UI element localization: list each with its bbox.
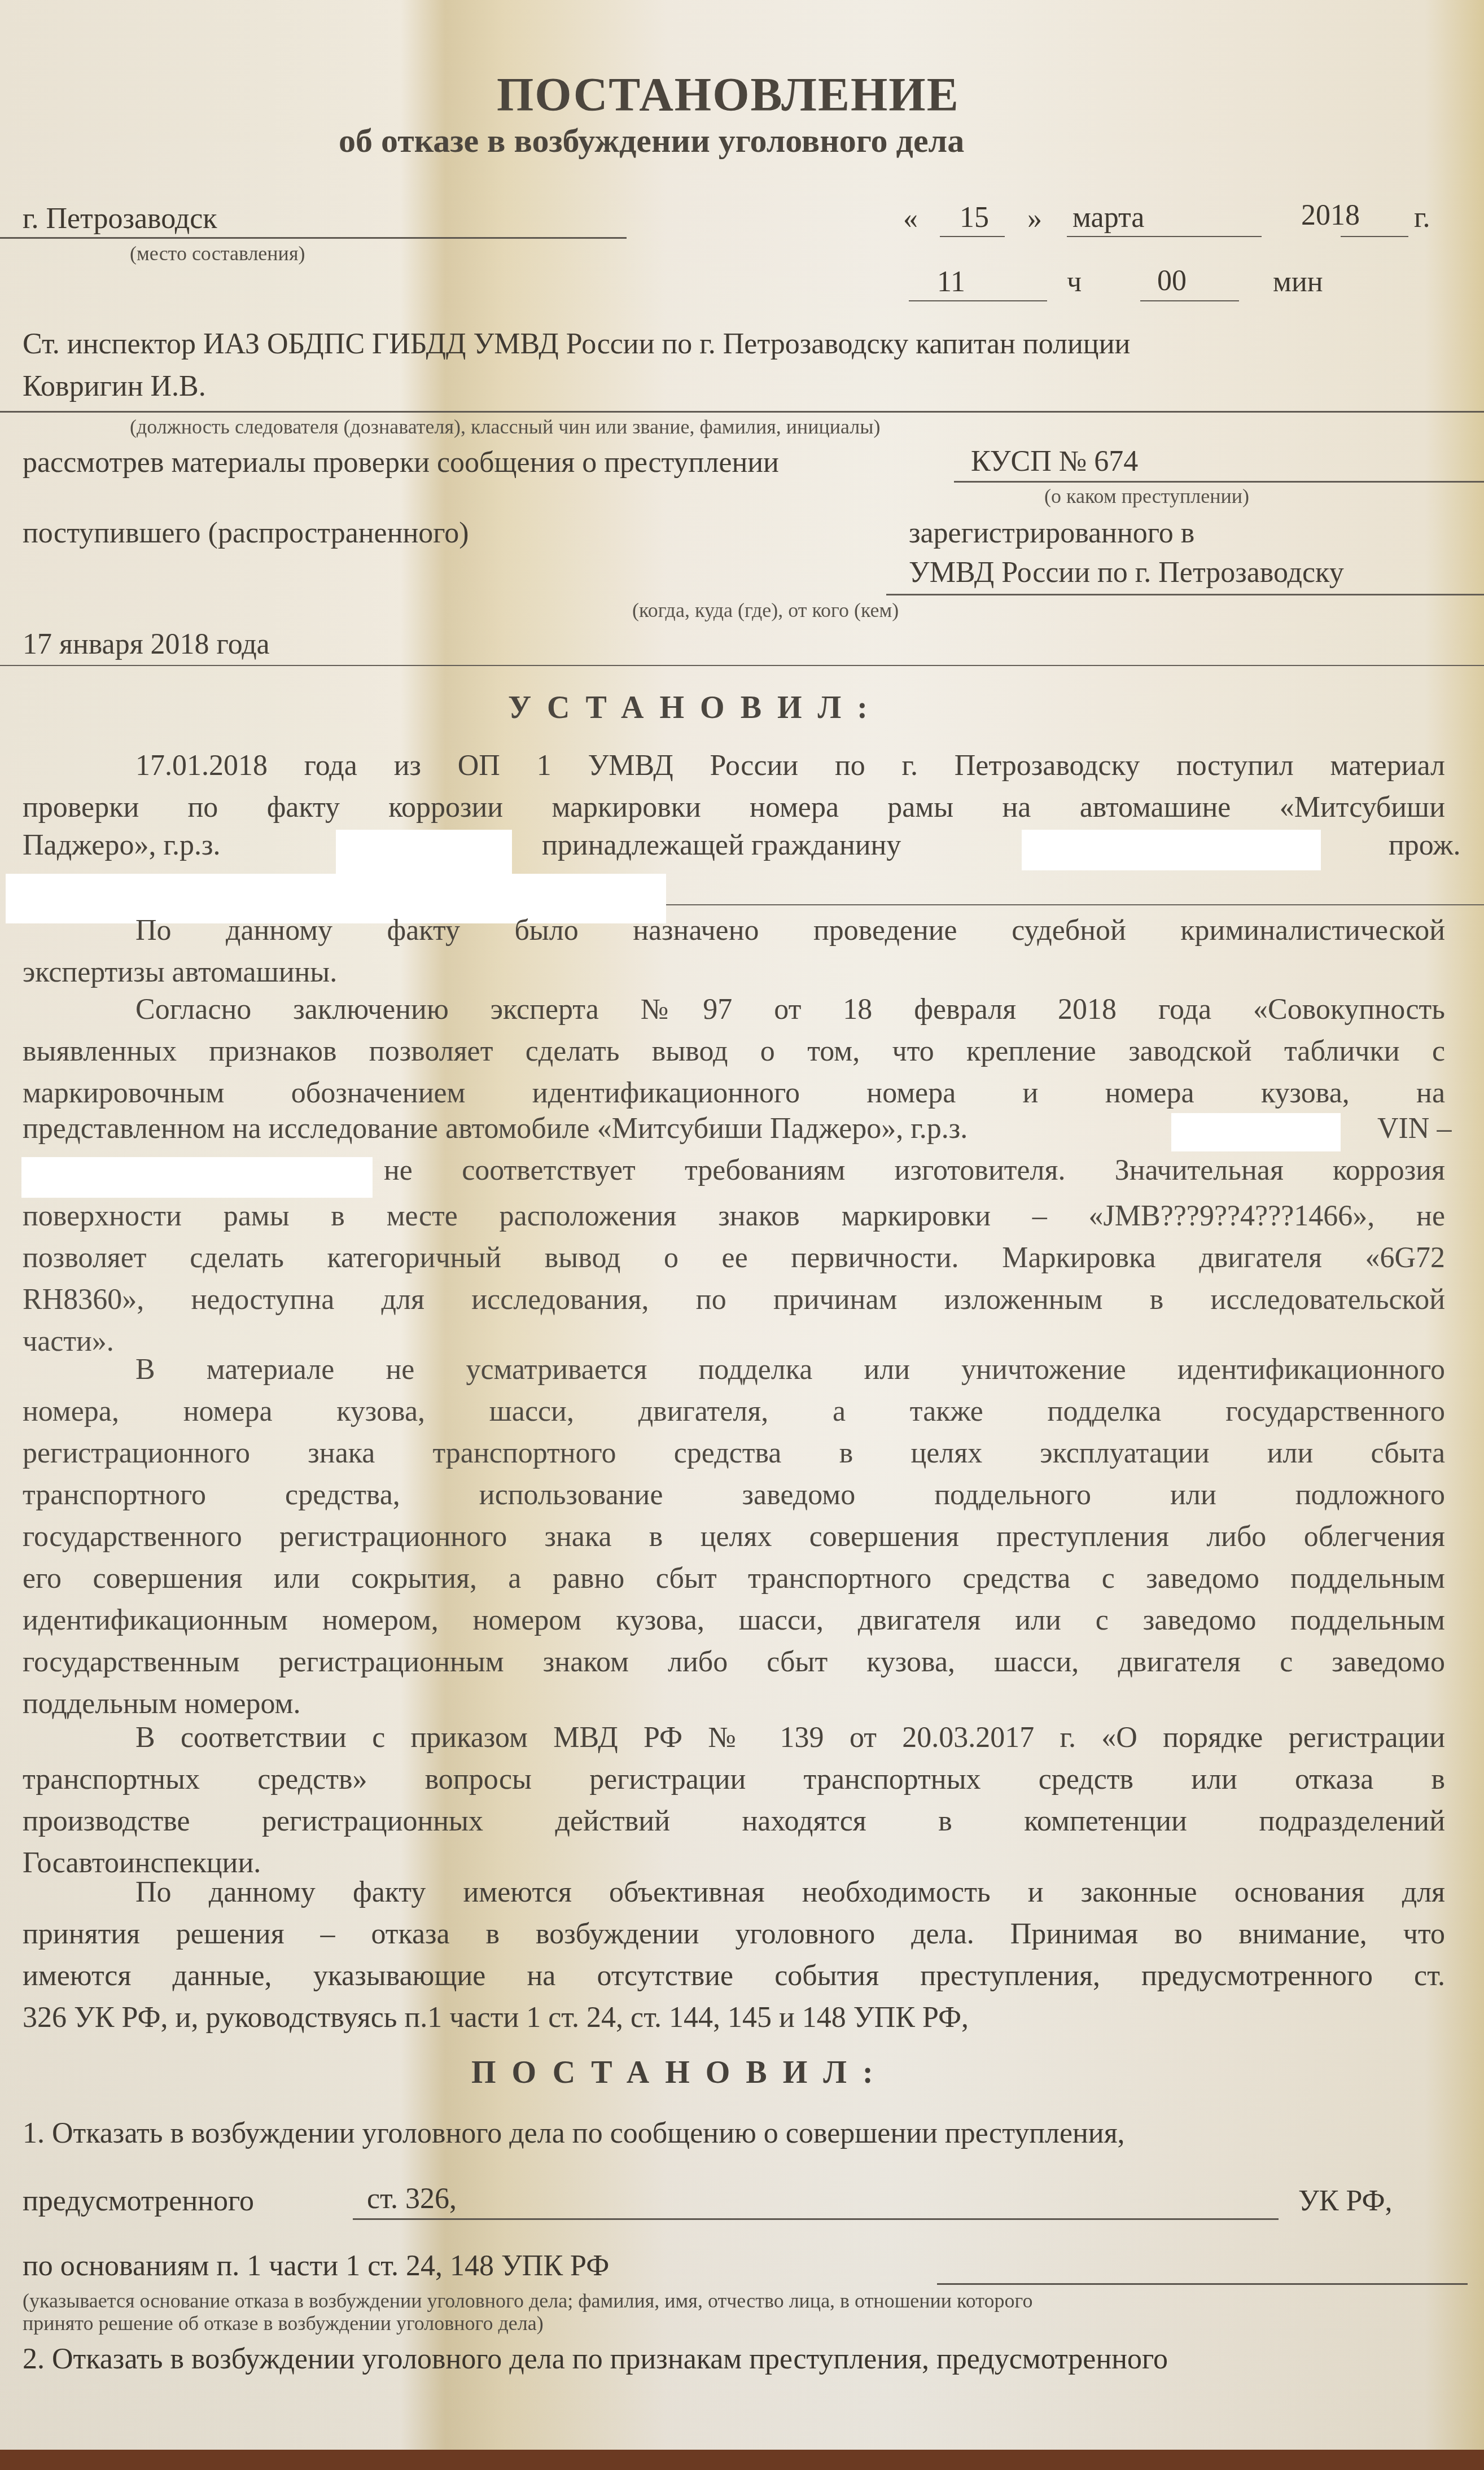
received-underline: [0, 665, 1484, 666]
resolved-item-2: 2. Отказать в возбуждении уголовного дел…: [23, 2342, 1168, 2376]
grounds-underline: [937, 2283, 1468, 2285]
time-minutes-underline: [1140, 300, 1239, 301]
grounds-value: по основаниям п. 1 части 1 ст. 24, 148 У…: [23, 2249, 609, 2283]
review-label: рассмотрев материалы проверки сообщения …: [23, 446, 779, 479]
expert-line-plate: представленном на исследование автомобил…: [23, 1112, 968, 1145]
provided-article: ст. 326,: [367, 2182, 457, 2215]
established-paragraph-1: 17.01.2018 года из ОП 1 УМВД России по г…: [23, 745, 1445, 829]
received-date: 17 января 2018 года: [23, 628, 270, 661]
redacted-plate-number-2: [1171, 1113, 1341, 1151]
paragraph-line: 326 УК РФ, и, руководствуясь п.1 части 1…: [23, 1997, 1445, 2039]
paragraph-line: транспортных средств» вопросы регистраци…: [23, 1759, 1445, 1801]
residence-label: прож.: [1389, 829, 1460, 862]
established-heading: УСТАНОВИЛ:: [508, 690, 883, 726]
officer-caption: (должность следователя (дознавателя), кл…: [130, 415, 880, 439]
grounds-caption-1: (указывается основание отказа в возбужде…: [23, 2289, 1032, 2313]
owner-label: принадлежащей гражданину: [542, 829, 901, 862]
document-subtitle: об отказе в возбуждении уголовного дела: [339, 121, 964, 160]
paragraph-line: По данному факту имеются объективная нео…: [23, 1872, 1445, 1913]
officer-underline: [0, 411, 1484, 413]
paragraph-line: его совершения или сокрытия, а равно сбы…: [23, 1558, 1445, 1600]
provided-suffix: УК РФ,: [1298, 2184, 1393, 2218]
paragraph-line: номера, номера кузова, шасси, двигателя,…: [23, 1391, 1445, 1433]
grounds-caption-2: принято решение об отказе в возбуждении …: [23, 2311, 544, 2335]
paragraph-line: идентификационным номером, номером кузов…: [23, 1600, 1445, 1641]
paragraph-line: В соответствии с приказом МВД РФ № 139 о…: [23, 1717, 1445, 1759]
date-year: 2018: [1301, 199, 1360, 232]
registered-value: УМВД России по г. Петрозаводску: [909, 556, 1344, 589]
officer-name: Ковригин И.В.: [23, 370, 206, 403]
date-day-underline: [940, 236, 1005, 237]
date-day: 15: [960, 201, 989, 234]
received-caption: (когда, куда (где), от кого (кем): [632, 598, 899, 622]
document-page: ПОСТАНОВЛЕНИЕ об отказе в возбуждении уг…: [0, 0, 1484, 2450]
provided-underline: [353, 2218, 1279, 2220]
section-divider: [666, 904, 1484, 905]
paragraph-line: государственным регистрационным знаком л…: [23, 1641, 1445, 1683]
time-hours-label: ч: [1067, 265, 1082, 299]
redacted-owner-name: [1022, 830, 1321, 870]
paragraph-line: транспортного средства, использование за…: [23, 1474, 1445, 1516]
received-label: поступившего (распространенного): [23, 516, 469, 550]
paragraph-line: регистрационного знака транспортного сре…: [23, 1433, 1445, 1474]
document-title: ПОСТАНОВЛЕНИЕ: [497, 68, 960, 122]
paragraph-line: RH8360», недоступна для исследования, по…: [23, 1279, 1445, 1321]
paragraph-line: позволяет сделать категоричный вывод о е…: [23, 1237, 1445, 1279]
grounds-paragraph: По данному факту имеются объективная нео…: [23, 1872, 1445, 2039]
registered-label: зарегистрированного в: [909, 516, 1194, 550]
no-forgery-paragraph: В материале не усматривается подделка ил…: [23, 1349, 1445, 1725]
time-hours: 11: [937, 265, 965, 299]
review-underline: [954, 481, 1484, 483]
date-year-suffix: г.: [1414, 201, 1430, 234]
date-month-underline: [1067, 236, 1262, 237]
paragraph-line: государственного регистрационного знака …: [23, 1516, 1445, 1558]
date-close-quote: »: [1027, 202, 1042, 235]
established-paragraph-2: По данному факту было назначено проведен…: [23, 910, 1445, 993]
registered-underline: [886, 594, 1484, 595]
paragraph-line: производстве регистрационных действий на…: [23, 1801, 1445, 1842]
expert-conclusion-paragraph: Согласно заключению эксперта №97 от 18 ф…: [23, 989, 1445, 1114]
provided-label: предусмотренного: [23, 2184, 254, 2218]
date-open-quote: «: [903, 202, 918, 235]
place-caption: (место составления): [130, 242, 305, 265]
paragraph-line: имеются данные, указывающие на отсутстви…: [23, 1955, 1445, 1997]
date-year-underline: [1341, 236, 1408, 237]
paragraph-line: По данному факту было назначено проведен…: [23, 910, 1445, 952]
registration-order-paragraph: В соответствии с приказом МВД РФ № 139 о…: [23, 1717, 1445, 1884]
expert-line-manufacturer: не соответствует требованиям изготовител…: [384, 1154, 1445, 1187]
date-month: марта: [1072, 201, 1144, 234]
paragraph-line: маркировочным обозначением идентификацио…: [23, 1072, 1445, 1114]
paragraph-line: экспертизы автомашины.: [23, 952, 1445, 993]
paragraph-line: проверки по факту коррозии маркировки но…: [23, 787, 1445, 829]
vin-label: VIN –: [1377, 1112, 1451, 1145]
time-hours-underline: [909, 300, 1047, 301]
expert-conclusion-paragraph-cont: поверхности рамы в месте расположения зн…: [23, 1195, 1445, 1363]
paragraph-line: принятия решения – отказа в возбуждении …: [23, 1913, 1445, 1955]
paragraph-line: выявленных признаков позволяет сделать в…: [23, 1031, 1445, 1072]
redacted-vin-number: [21, 1157, 373, 1198]
paragraph-line: В материале не усматривается подделка ил…: [23, 1349, 1445, 1391]
place-underline: [0, 237, 627, 239]
time-minutes: 00: [1157, 264, 1187, 297]
resolved-item-1: 1. Отказать в возбуждении уголовного дел…: [23, 2117, 1434, 2150]
time-minutes-label: мин: [1273, 265, 1323, 299]
paragraph-line: Согласно заключению эксперта №97 от 18 ф…: [23, 989, 1445, 1031]
paragraph-line: поверхности рамы в месте расположения зн…: [23, 1195, 1445, 1237]
resolved-heading: ПОСТАНОВИЛ:: [471, 2055, 889, 2091]
plate-label: Паджеро», г.р.з.: [23, 829, 220, 862]
review-caption: (о каком преступлении): [1044, 484, 1249, 508]
redacted-plate-number: [336, 830, 512, 874]
officer-position: Ст. инспектор ИАЗ ОБДПС ГИБДД УМВД Росси…: [23, 327, 1130, 361]
place-value: г. Петрозаводск: [23, 202, 217, 235]
review-kusp-value: КУСП № 674: [971, 445, 1138, 478]
paragraph-line: 17.01.2018 года из ОП 1 УМВД России по г…: [23, 745, 1445, 787]
